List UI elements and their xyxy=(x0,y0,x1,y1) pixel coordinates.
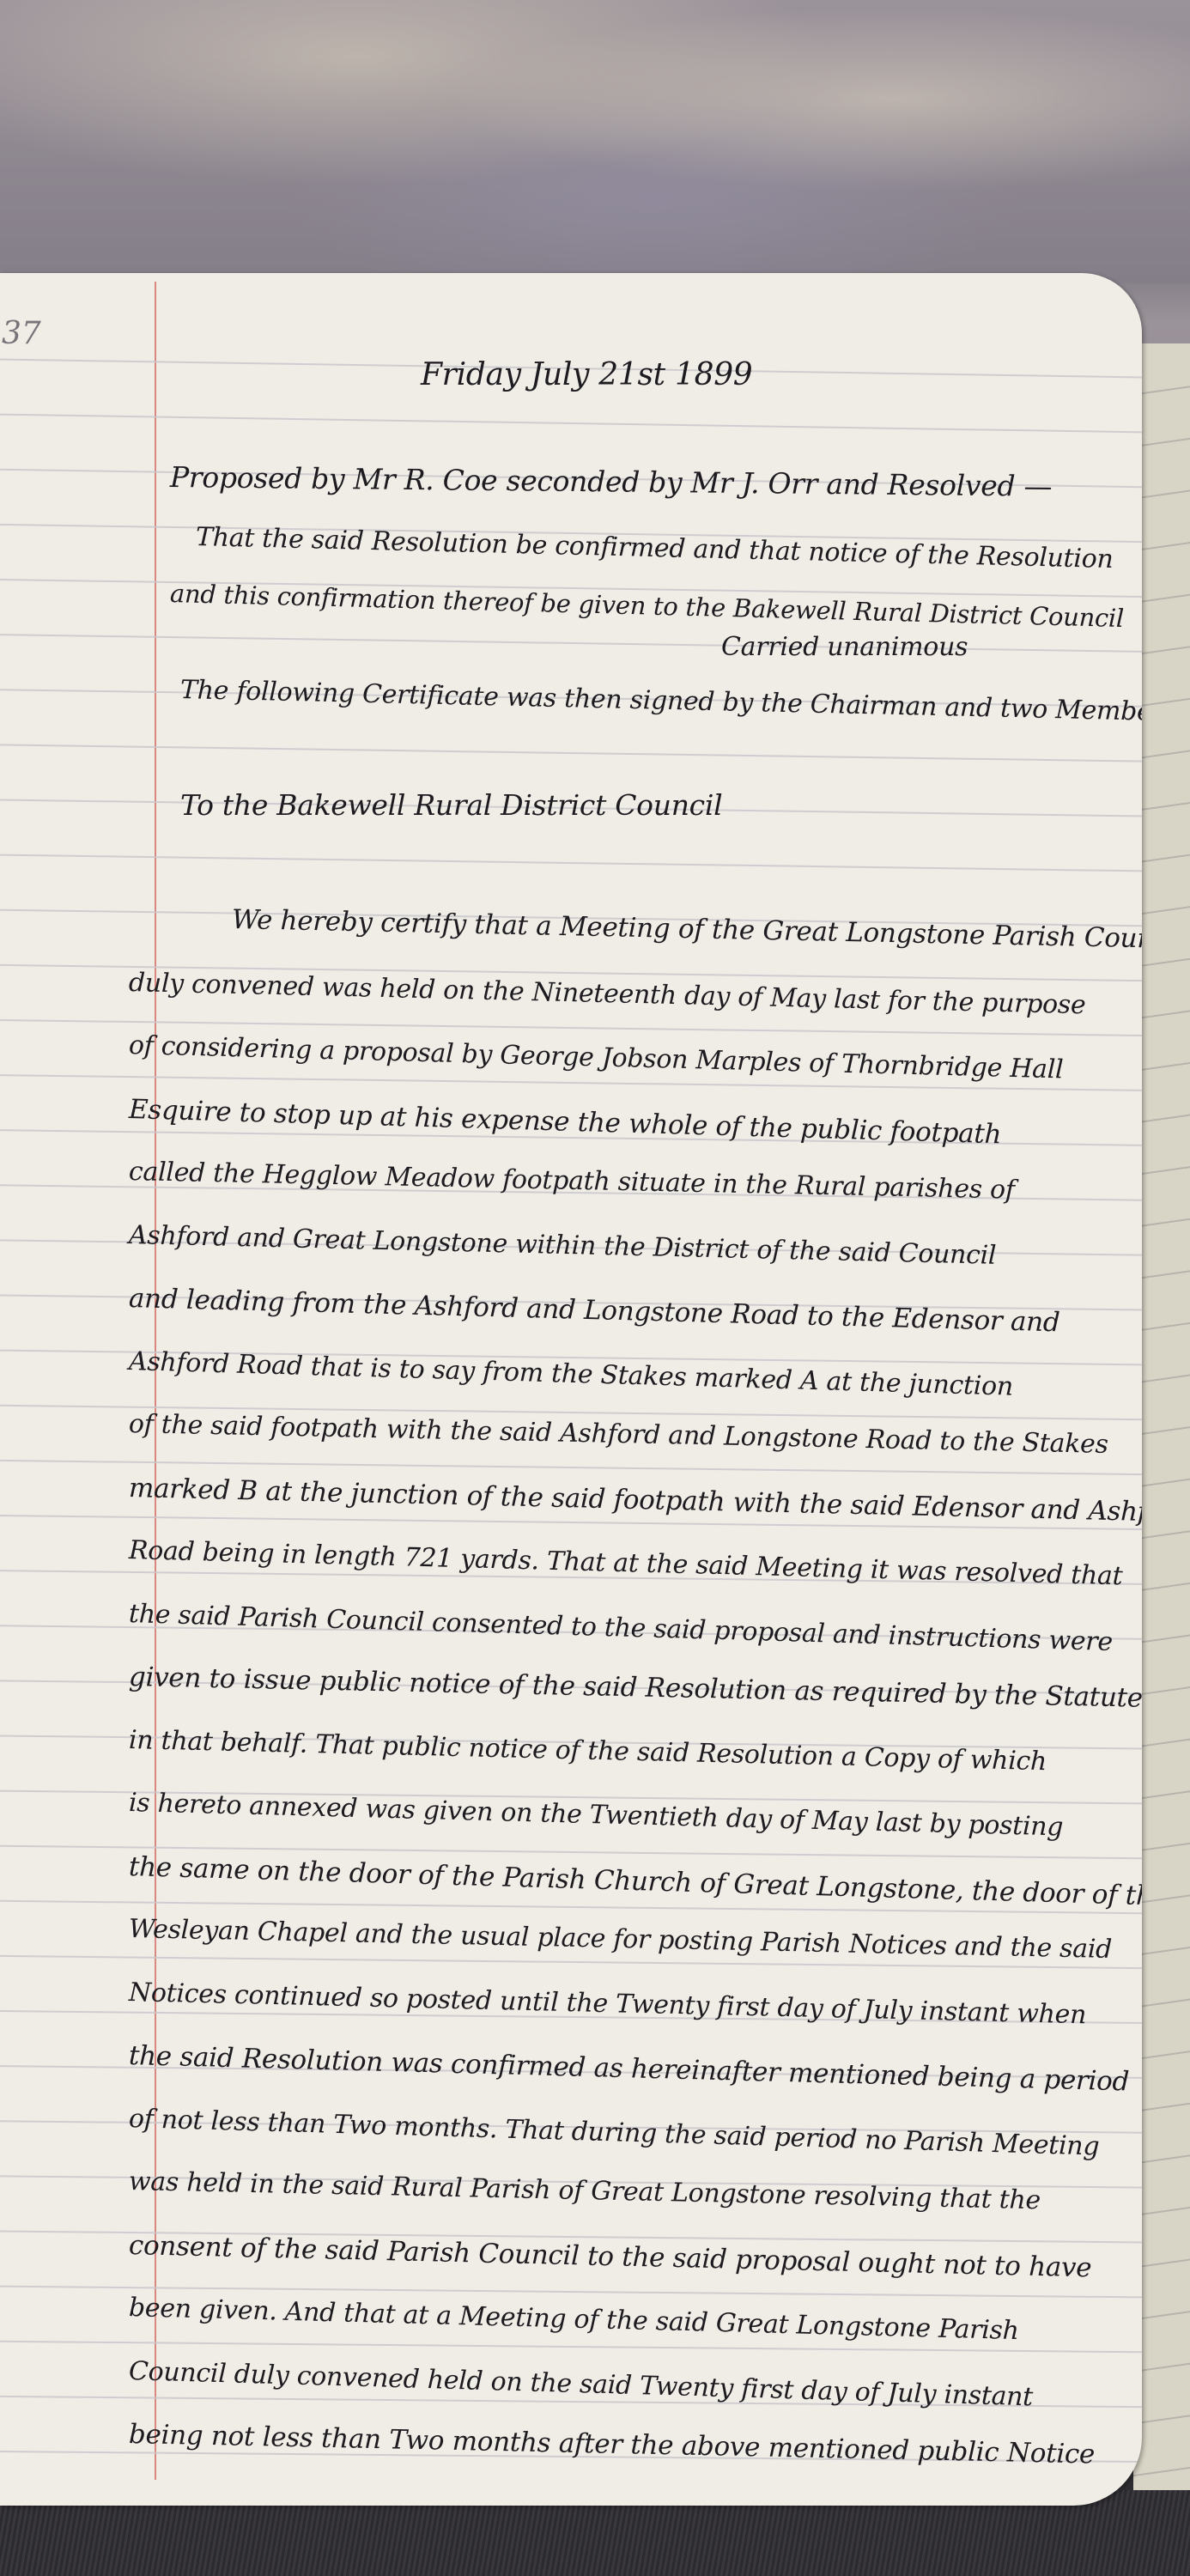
certificate-line: was held in the said Rural Parish of Gre… xyxy=(129,2166,1041,2215)
certificate-line: called the Hegglow Meadow footpath situa… xyxy=(129,1157,1015,1206)
certificate-line: Road being in length 721 yards. That at … xyxy=(129,1535,1123,1591)
certificate-line: of considering a proposal by George Jobs… xyxy=(129,1030,1064,1084)
margin-rule xyxy=(155,282,156,2480)
resolution-line-1: That the said Resolution be confirmed an… xyxy=(196,522,1114,574)
certificate-line: the said Parish Council consented to the… xyxy=(128,1599,1113,1657)
certificate-line: in that behalf. That public notice of th… xyxy=(129,1725,1047,1777)
certificate-line: Notices continued so posted until the Tw… xyxy=(129,1978,1087,2030)
certificate-line: Esquire to stop up at his expense the wh… xyxy=(128,1094,1001,1150)
certificate-line: the said Resolution was confirmed as her… xyxy=(129,2040,1130,2097)
proposal-line: Proposed by Mr R. Coe seconded by Mr J. … xyxy=(170,460,1053,503)
folio-number: 37 xyxy=(2,316,41,351)
certificate-line: Ashford Road that is to say from the Sta… xyxy=(128,1346,1013,1402)
resolution-line-2: and this confirmation thereof be given t… xyxy=(170,579,1125,633)
ruled-line xyxy=(0,414,1142,434)
page-date-heading: Friday July 21st 1899 xyxy=(421,357,752,392)
certificate-line: Ashford and Great Longstone within the D… xyxy=(129,1220,997,1271)
certificate-addressee: To the Bakewell Rural District Council xyxy=(180,788,722,822)
carried-unanimous: Carried unanimous xyxy=(721,632,968,662)
certificate-line: being not less than Two months after the… xyxy=(129,2419,1096,2470)
ledger-page: 37 Friday July 21st 1899 Proposed by Mr … xyxy=(0,273,1142,2506)
certificate-line: given to issue public notice of the said… xyxy=(129,1662,1142,1714)
certificate-line: Council duly convened held on the said T… xyxy=(128,2356,1033,2412)
certificate-line: duly convened was held on the Nineteenth… xyxy=(129,968,1086,1020)
certificate-line: and leading from the Ashford and Longsto… xyxy=(129,1283,1060,1338)
ruled-line xyxy=(0,854,1142,872)
certificate-line: been given. And that at a Meeting of the… xyxy=(129,2293,1020,2346)
backdrop-fabric xyxy=(0,0,1190,283)
certificate-line: Wesleyan Chapel and the usual place for … xyxy=(129,1914,1113,1965)
certificate-line: We hereby certify that a Meeting of the … xyxy=(232,904,1142,955)
certificate-line: of not less than Two months. That during… xyxy=(128,2104,1099,2162)
ruled-line xyxy=(0,634,1142,653)
ruled-line xyxy=(0,744,1142,762)
certificate-intro: The following Certificate was then signe… xyxy=(180,675,1142,727)
